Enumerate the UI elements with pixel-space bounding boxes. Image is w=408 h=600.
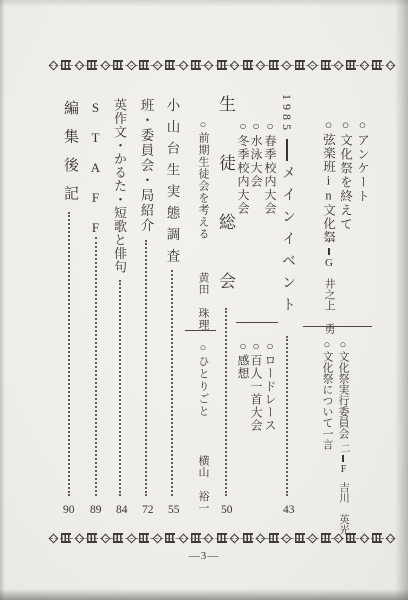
leader-student-assembly: [225, 308, 227, 496]
author-yokoyama: 横山 裕一: [197, 455, 208, 514]
diamond-ornament-icon: [334, 60, 344, 70]
long-dash: [286, 139, 288, 161]
subitem-winter-meet: ○冬季校内大会: [237, 119, 249, 216]
diamond-ornament-icon: [308, 533, 318, 543]
flower-cluster-ornament-icon: [217, 533, 227, 543]
diamond-ornament-icon: [359, 60, 369, 70]
separator-rule-right: [303, 326, 372, 327]
diamond-ornament-icon: [256, 533, 266, 543]
flower-cluster-ornament-icon: [191, 60, 201, 70]
diamond-ornament-icon: [256, 60, 266, 70]
author-name: 吉川 英光: [338, 482, 349, 535]
class-year: 二: [338, 443, 349, 453]
name-gap: [343, 475, 344, 482]
page-number-editors-note: 90: [63, 504, 75, 516]
class-dash: [342, 455, 343, 462]
flower-cluster-ornament-icon: [87, 533, 97, 543]
diamond-ornament-icon: [152, 60, 162, 70]
flower-cluster-ornament-icon: [87, 60, 97, 70]
subitem-hyakunin-isshu: ○百人一首大会: [250, 339, 262, 432]
leader-clubs: [145, 240, 147, 496]
flower-cluster-ornament-icon: [321, 533, 331, 543]
subitem-strings-in-festival: ○弦楽班in文化祭: [322, 118, 335, 244]
author-line-inoue: 一G井之上 勇: [323, 235, 334, 334]
diamond-ornament-icon: [230, 60, 240, 70]
flower-cluster-ornament-icon: [61, 60, 71, 70]
page-number-main-event: 43: [283, 504, 295, 516]
subitem-festival-comments: ○文化祭について一言: [321, 339, 332, 450]
diamond-ornament-icon: [282, 60, 292, 70]
leader-staff: [95, 237, 97, 496]
toc-scanned-page: ○アンケート ○文化祭を終えて ○弦楽班in文化祭 一G井之上 勇 ○文化祭実行…: [0, 0, 408, 600]
flower-cluster-ornament-icon: [165, 60, 175, 70]
flower-cluster-ornament-icon: [139, 60, 149, 70]
diamond-ornament-icon: [152, 533, 162, 543]
diamond-ornament-icon: [385, 60, 395, 70]
separator-rule-essays: [185, 330, 216, 331]
diamond-ornament-icon: [74, 533, 84, 543]
toc-entry-editors-note: 編集後記: [62, 100, 77, 214]
flower-cluster-ornament-icon: [372, 60, 382, 70]
main-event-year: 1985: [280, 94, 294, 134]
toc-entry-staff: STAFF: [89, 100, 102, 250]
toc-entry-survey: 小山台生実態調査: [165, 98, 179, 270]
flower-cluster-ornament-icon: [295, 60, 305, 70]
flower-cluster-ornament-icon: [243, 533, 253, 543]
class-year: 一: [323, 235, 335, 246]
flower-cluster-ornament-icon: [217, 60, 227, 70]
diamond-ornament-icon: [230, 533, 240, 543]
diamond-ornament-icon: [100, 533, 110, 543]
diamond-ornament-icon: [359, 533, 369, 543]
flower-cluster-ornament-icon: [269, 533, 279, 543]
diamond-ornament-icon: [100, 60, 110, 70]
diamond-ornament-icon: [178, 60, 188, 70]
subitem-festival-committee: ○文化祭実行委員会二F吉川 英光: [337, 339, 348, 535]
leader-editors-note: [68, 212, 70, 496]
diamond-ornament-icon: [308, 60, 318, 70]
subitem-questionnaire: ○アンケート: [356, 118, 369, 204]
leader-main-event: [286, 336, 288, 496]
flower-cluster-ornament-icon: [346, 60, 356, 70]
toc-entry-clubs: 班・委員会・局紹介: [139, 98, 153, 233]
flower-cluster-ornament-icon: [372, 533, 382, 543]
flower-cluster-ornament-icon: [269, 60, 279, 70]
flower-cluster-ornament-icon: [165, 533, 175, 543]
diamond-ornament-icon: [178, 533, 188, 543]
subitem-essay-council: ○前期生徒会を考える: [197, 119, 208, 240]
subitem-after-festival: ○文化祭を終えて: [339, 118, 352, 232]
diamond-ornament-icon: [204, 60, 214, 70]
subitem-road-race: ○ロードレース: [264, 339, 276, 432]
name-gap: [329, 269, 330, 278]
diamond-ornament-icon: [385, 533, 395, 543]
diamond-ornament-icon: [126, 533, 136, 543]
flower-cluster-ornament-icon: [321, 60, 331, 70]
flower-cluster-ornament-icon: [61, 533, 71, 543]
diamond-ornament-icon: [204, 533, 214, 543]
diamond-ornament-icon: [74, 60, 84, 70]
top-ornament-border: [50, 57, 394, 73]
flower-cluster-ornament-icon: [113, 533, 123, 543]
leader-survey: [171, 270, 173, 496]
main-event-title: メインイベント: [280, 165, 295, 319]
subitem-label: ○文化祭実行委員会: [337, 339, 349, 439]
flower-cluster-ornament-icon: [139, 533, 149, 543]
flower-cluster-ornament-icon: [191, 533, 201, 543]
page-number-survey: 55: [168, 504, 180, 516]
separator-rule-mainevent: [236, 322, 278, 323]
subitem-swim-meet: ○水泳大会: [250, 119, 262, 189]
page-number-literature: 84: [116, 504, 128, 516]
diamond-ornament-icon: [282, 533, 292, 543]
class-letter: F: [338, 464, 349, 475]
flower-cluster-ornament-icon: [295, 533, 305, 543]
page-number-clubs: 72: [142, 504, 154, 516]
subitem-spring-meet: ○春季校内大会: [264, 119, 276, 216]
diamond-ornament-icon: [49, 533, 59, 543]
subitem-essay-monologue: ○ひとりごと: [197, 342, 208, 418]
leader-literature: [119, 280, 121, 496]
toc-entry-student-assembly: 生徒総会: [217, 95, 234, 331]
diamond-ornament-icon: [126, 60, 136, 70]
toc-entry-literature: 英作文・かるた・短歌と俳句: [113, 98, 126, 274]
footer-page-number: —3—: [0, 550, 408, 562]
flower-cluster-ornament-icon: [113, 60, 123, 70]
subitem-impressions: ○感想: [237, 339, 249, 380]
toc-entry-main-event: 1985メインイベント: [279, 94, 295, 319]
class-dash: [328, 248, 329, 255]
diamond-ornament-icon: [49, 60, 59, 70]
author-kida: 黄田 珠理: [197, 272, 208, 331]
flower-cluster-ornament-icon: [243, 60, 253, 70]
page-number-staff: 89: [90, 504, 102, 516]
class-letter: G: [323, 257, 335, 269]
page-number-student-assembly: 50: [221, 504, 233, 516]
